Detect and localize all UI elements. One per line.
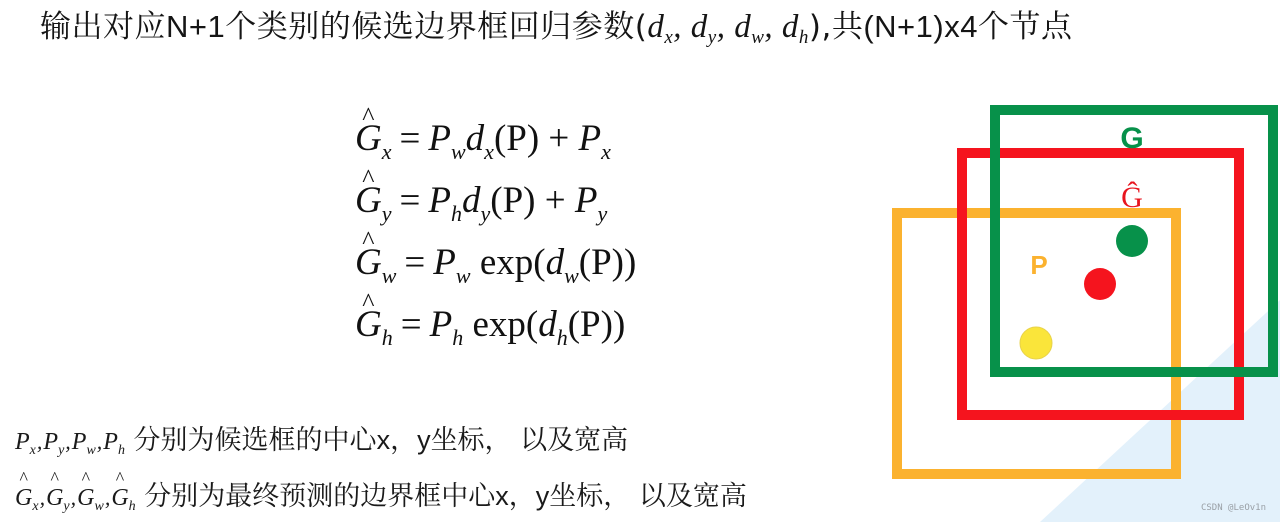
title-suffix-close: 个节点 bbox=[978, 9, 1073, 45]
equation-gw: Gw=Pw exp(dw(P)) bbox=[355, 232, 636, 294]
equation-gx: Gx=Pwdx(P) + Px bbox=[355, 108, 636, 170]
title-middle: 个类别的候选边界框回归参数( bbox=[225, 9, 647, 45]
predicted-box-G-hat bbox=[962, 153, 1239, 415]
prediction-symbols: Gx,Gy,Gw,Gh bbox=[15, 485, 136, 511]
background-wedge bbox=[1040, 300, 1280, 522]
title-suffix-open: ),共 bbox=[809, 9, 863, 45]
watermark: CSDN @LeOv1n bbox=[1201, 503, 1266, 513]
predicted-center-point bbox=[1084, 268, 1116, 300]
label-P: P bbox=[1030, 250, 1047, 280]
description-prediction: Gx,Gy,Gw,Gh 分别为最终预测的边界框中心x，y坐标， 以及宽高 bbox=[15, 474, 747, 513]
label-G-hat: Ĝ bbox=[1121, 181, 1143, 214]
ground-truth-box-G bbox=[995, 110, 1273, 372]
proposal-box-P bbox=[897, 213, 1176, 474]
proposal-symbols: Px,Py,Pw,Ph bbox=[15, 429, 125, 455]
equation-gy: Gy=Phdy(P) + Py bbox=[355, 170, 636, 232]
regression-equations: Gx=Pwdx(P) + Px Gy=Phdy(P) + Py Gw=Pw ex… bbox=[355, 108, 636, 356]
label-G: G bbox=[1120, 122, 1143, 155]
slide-title: 输出对应N+1个类别的候选边界框回归参数(dx, dy, dw, dh),共(N… bbox=[40, 6, 1072, 48]
description-proposal: Px,Py,Pw,Ph 分别为候选框的中心x，y坐标， 以及宽高 bbox=[15, 418, 628, 457]
equation-gh: Gh=Ph exp(dh(P)) bbox=[355, 294, 636, 356]
proposal-center-point bbox=[1020, 327, 1052, 359]
title-prefix: 输出对应 bbox=[40, 9, 166, 45]
title-count-expr: (N+1)x4 bbox=[863, 9, 978, 44]
ground-truth-center-point bbox=[1116, 225, 1148, 257]
title-params: dx, dy, dw, dh bbox=[647, 9, 809, 45]
title-n-plus-1: N+1 bbox=[166, 9, 225, 44]
